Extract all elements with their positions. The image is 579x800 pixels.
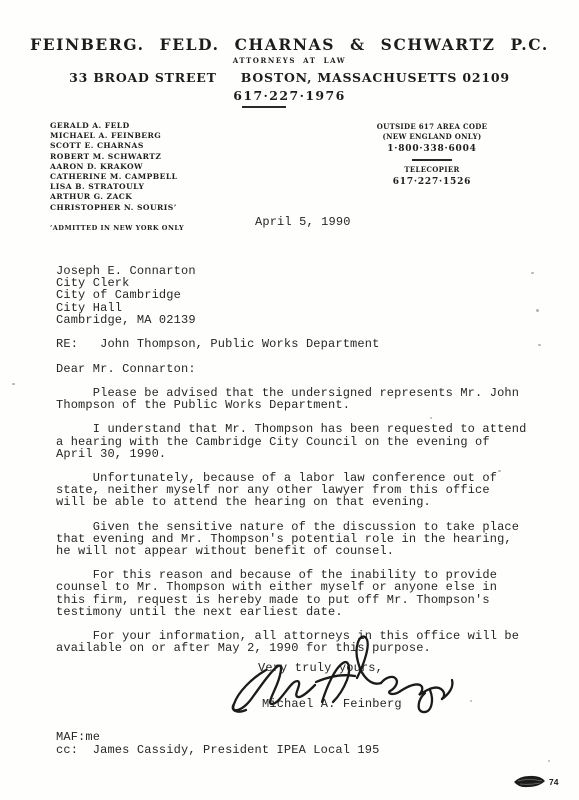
typist-initials: MAF:me (56, 731, 100, 743)
attorney-name: ROBERT M. SCHWARTZ (50, 152, 177, 162)
telecopier-number: 617·227·1526 (376, 177, 488, 187)
paragraph-3: Unfortunately, because of a labor law co… (56, 472, 526, 509)
paragraph-1: Please be advised that the undersigned r… (56, 387, 526, 411)
firm-address-row: 33 BROAD STREET BOSTON, MASSACHUSETTS 02… (0, 70, 579, 85)
firm-name: FEINBERG. FELD. CHARNAS & SCHWARTZ P.C. (0, 35, 579, 54)
letterhead-rule (242, 106, 286, 108)
paragraph-5: For this reason and because of the inabi… (56, 569, 526, 618)
scan-speck (536, 309, 539, 312)
new-england-only-line: (NEW ENGLAND ONLY) (376, 132, 488, 142)
recipient-address: Joseph E. Connarton City Clerk City of C… (56, 265, 196, 326)
firm-city: BOSTON, MASSACHUSETTS 02109 (241, 70, 510, 85)
scan-speck (548, 760, 550, 762)
cc-line: cc: James Cassidy, President IPEA Local … (56, 744, 379, 756)
attorney-name: MICHAEL A. FEINBERG (50, 131, 177, 141)
ink-blob (514, 776, 545, 787)
scan-speck (12, 383, 15, 385)
scan-speck (498, 470, 501, 472)
scanned-letter-page: FEINBERG. FELD. CHARNAS & SCHWARTZ P.C. … (0, 0, 579, 800)
attorney-name: CATHERINE M. CAMPBELL (50, 172, 177, 182)
contact-divider-rule (412, 159, 452, 161)
page-number-stamp: 74 (512, 772, 568, 792)
telecopier-label: TELECOPIER (376, 165, 488, 175)
scan-speck (531, 272, 534, 274)
attorney-name: SCOTT E. CHARNAS (50, 141, 177, 151)
letter-date: April 5, 1990 (255, 216, 351, 228)
re-line: RE: John Thompson, Public Works Departme… (56, 338, 379, 350)
contact-info-block: OUTSIDE 617 AREA CODE (NEW ENGLAND ONLY)… (376, 122, 488, 187)
scan-speck (538, 344, 541, 346)
attorney-name: AARON D. KRAKOW (50, 162, 177, 172)
attorney-name: LISA B. STRATOULY (50, 182, 177, 192)
outside-area-code-line: OUTSIDE 617 AREA CODE (376, 122, 488, 132)
letter-body: Please be advised that the undersigned r… (56, 387, 526, 666)
attorney-name: GERALD A. FELD (50, 121, 177, 131)
attorney-list: GERALD A. FELDMICHAEL A. FEINBERGSCOTT E… (50, 121, 177, 213)
paragraph-2: I understand that Mr. Thompson has been … (56, 423, 526, 460)
scan-speck (470, 700, 472, 702)
page-number: 74 (549, 777, 559, 787)
admitted-footnote: ’ADMITTED IN NEW YORK ONLY (50, 224, 184, 232)
firm-street: 33 BROAD STREET (69, 70, 217, 85)
attorney-name: CHRISTOPHER N. SOURIS’ (50, 203, 177, 213)
scan-speck (430, 417, 432, 419)
typed-signature-name: Michael A. Feinberg (262, 698, 402, 710)
firm-tagline: ATTORNEYS AT LAW (0, 56, 579, 65)
attorney-name: ARTHUR G. ZACK (50, 192, 177, 202)
toll-free-number: 1·800·338·6004 (376, 144, 488, 154)
salutation: Dear Mr. Connarton: (56, 363, 196, 375)
paragraph-4: Given the sensitive nature of the discus… (56, 521, 526, 558)
firm-phone: 617·227·1976 (0, 88, 579, 103)
